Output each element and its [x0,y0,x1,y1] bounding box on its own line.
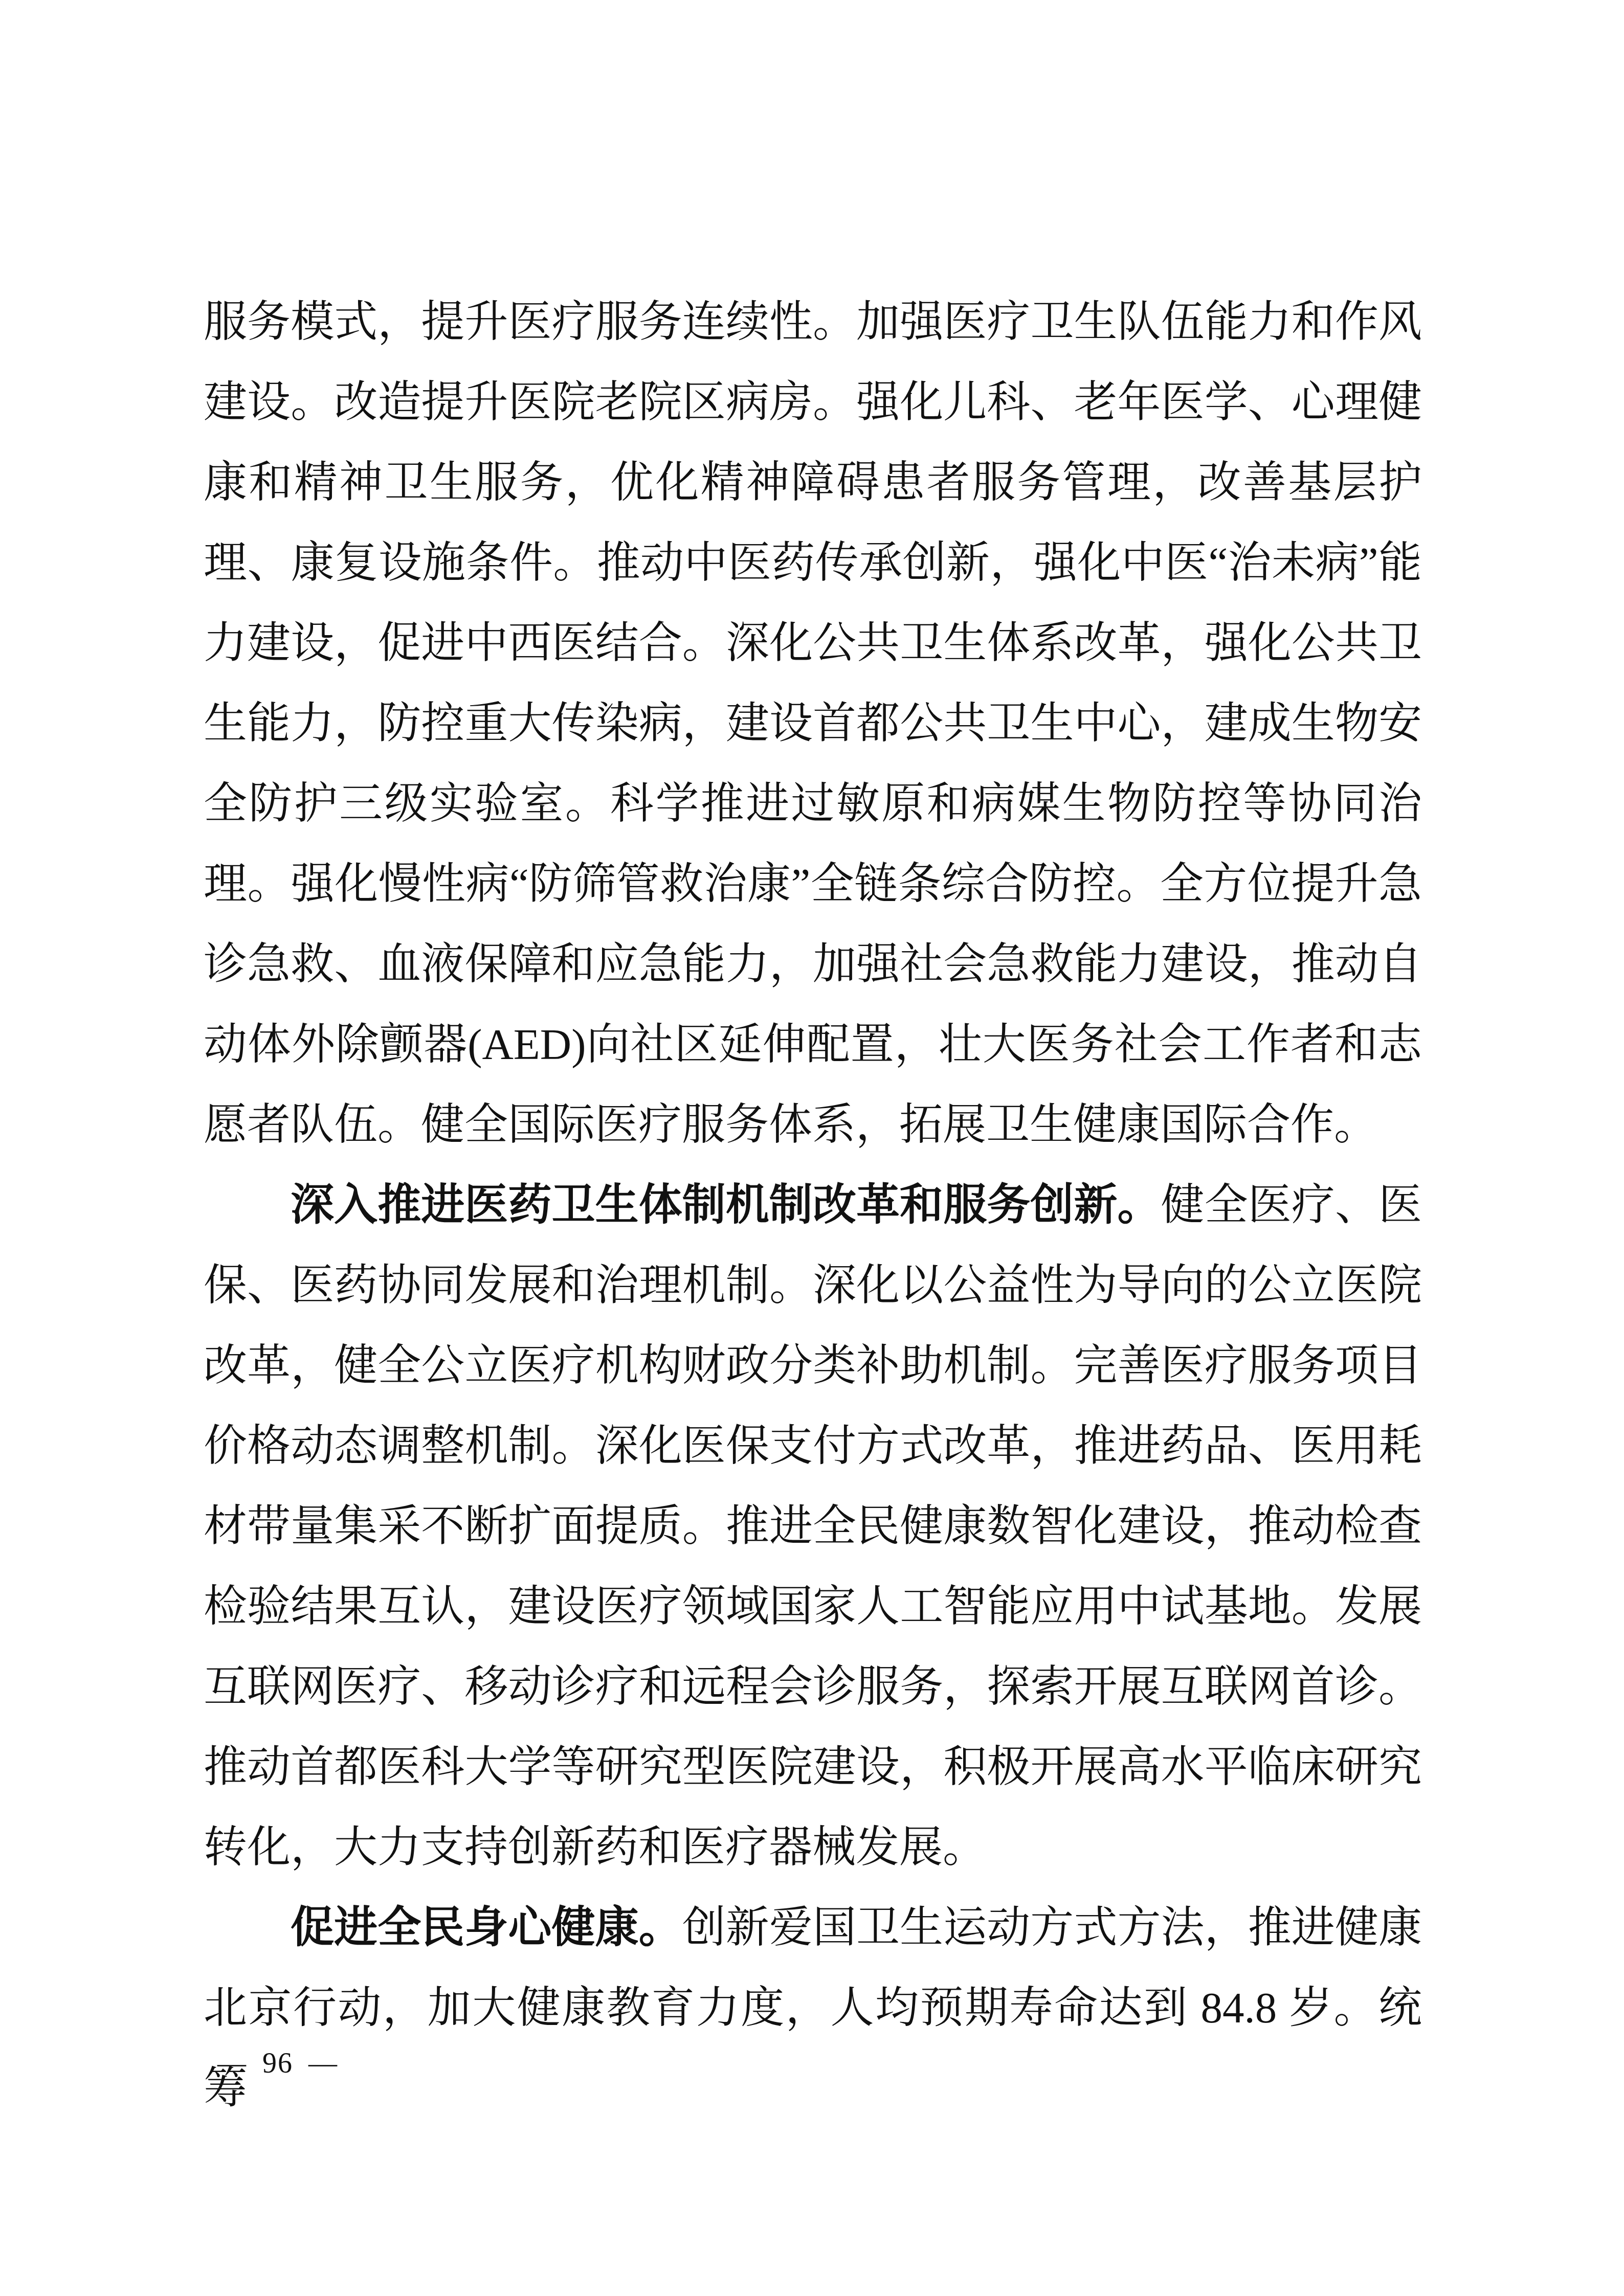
paragraph-2-bold-lead: 深入推进医药卫生体制机制改革和服务创新。 [291,1181,1161,1229]
paragraph-1-text: 服务模式，提升医疗服务连续性。加强医疗卫生队伍能力和作风建设。改造提升医院老院区… [204,298,1422,1149]
body-text: 服务模式，提升医疗服务连续性。加强医疗卫生队伍能力和作风建设。改造提升医院老院区… [204,282,1422,2129]
paragraph-2: 深入推进医药卫生体制机制改革和服务创新。健全医疗、医保、医药协同发展和治理机制。… [204,1165,1422,1888]
page-number: — 96 — [217,2045,338,2081]
paragraph-1: 服务模式，提升医疗服务连续性。加强医疗卫生队伍能力和作风建设。改造提升医院老院区… [204,282,1422,1165]
paragraph-3: 促进全民身心健康。创新爱国卫生运动方式方法，推进健康北京行动，加大健康教育力度，… [204,1888,1422,2129]
paragraph-3-bold-lead: 促进全民身心健康。 [291,1904,682,1952]
paragraph-2-text: 健全医疗、医保、医药协同发展和治理机制。深化以公益性为导向的公立医院改革，健全公… [204,1181,1422,1872]
